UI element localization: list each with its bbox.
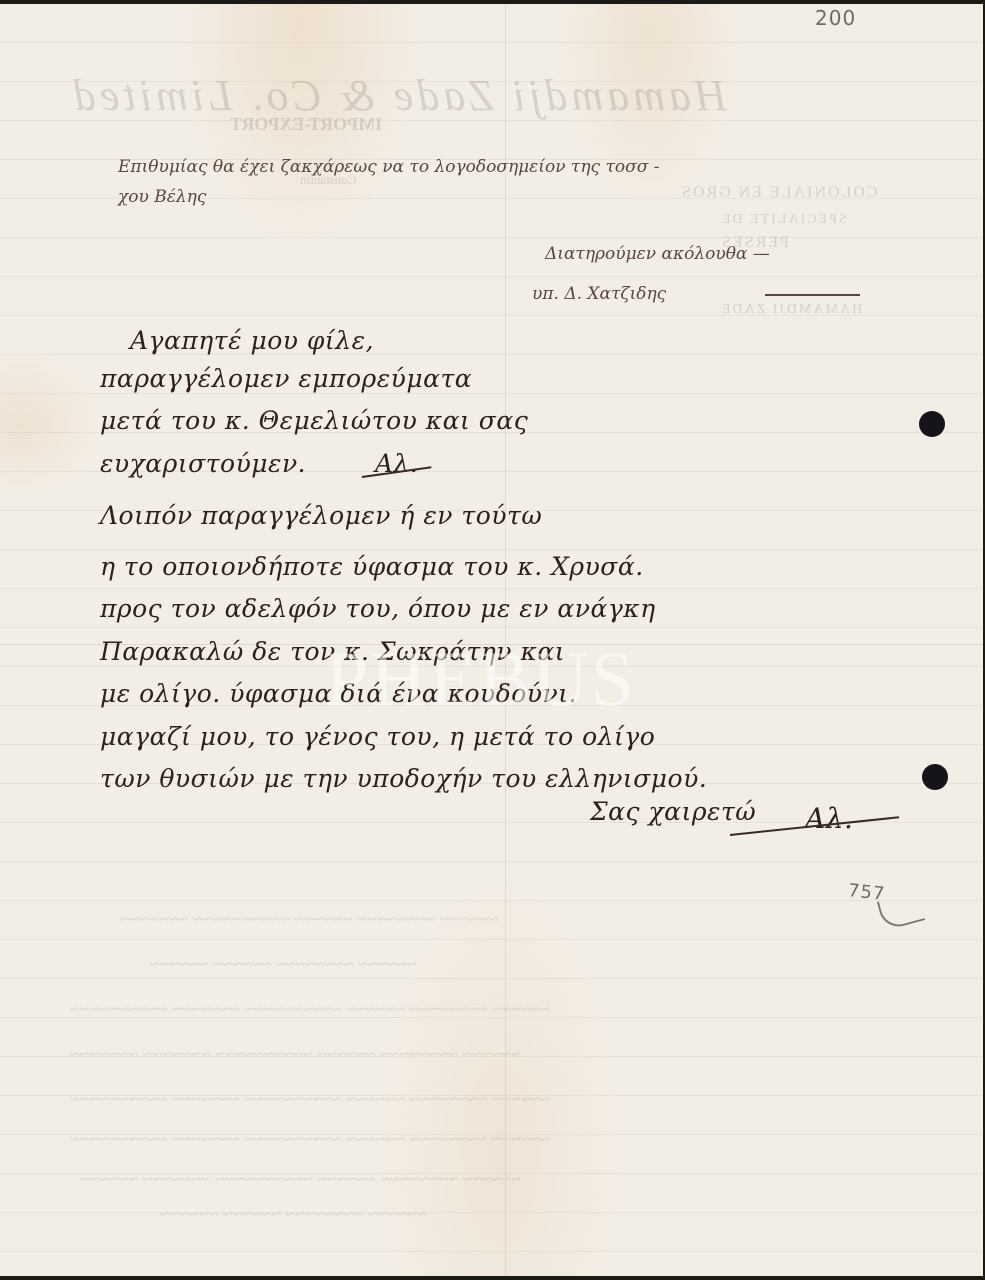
paragraph1-line-2: παραγγέλομεν εμπορεύματα: [100, 364, 472, 393]
reverse-writing: ~~~~~~ ~~~~~~~~ ~~~~~~ ~~~~~~: [160, 1204, 427, 1225]
letterhead-line-5: HAMAMDJI ZADE: [720, 302, 862, 318]
letterhead-script-name: Hamamdji Zade & Co. Limited: [70, 70, 727, 121]
header-signature: υπ. Δ. Χατζιδης: [532, 284, 666, 304]
header-closing: Διατηρούμεν ακόλουθα —: [545, 244, 770, 264]
letterhead-line-3: SPECIALITE DE: [720, 212, 847, 228]
reverse-writing: ~~~~~~ ~~~~~~~~ ~~~~~~ ~~~~~~~~~~ ~~~~~~…: [70, 1129, 550, 1150]
letterhead-line-1: IMPORT-EXPORT: [230, 114, 382, 135]
punch-hole: [922, 764, 948, 790]
signature-dash: [765, 294, 860, 296]
paragraph2-signature: Αλ.: [805, 802, 853, 835]
paragraph2-line-2: η το οποιονδήποτε ύφασμα του κ. Χρυσά.: [100, 552, 644, 581]
paragraph2-line-3: προς τον αδελφόν του, όπου με εν ανάγκη: [100, 594, 656, 623]
paragraph2-line-1: Λοιπόν παραγγέλομεν ή εν τούτω: [100, 501, 542, 530]
header-note-line-1: Επιθυμίας θα έχει ζακχάρεως να το λογοδο…: [118, 157, 659, 177]
reverse-writing: ~~~~~~ ~~~~~~~~ ~~~~~~ ~~~~~~: [150, 954, 417, 975]
letterhead-line-2: COLONIALE EN GROS: [680, 184, 878, 202]
paragraph1-line-1: Αγαπητέ μου φίλε,: [130, 326, 374, 355]
header-note-line-2: χου Βέλης: [118, 187, 206, 207]
paragraph2-closing: Σας χαιρετώ: [590, 797, 756, 826]
paragraph2-line-7: των θυσιών με την υποδοχήν του ελληνισμο…: [100, 764, 707, 793]
punch-hole: [919, 411, 945, 437]
letter-page: 200 757 Hamamdji Zade & Co. Limited IMPO…: [0, 4, 983, 1276]
reverse-writing: ~~~~~~ ~~~~~~~~ ~~~~~~ ~~~~~~~~~~ ~~~~~~…: [70, 1089, 550, 1110]
paragraph2-line-5: με ολίγο. ύφασμα διά ένα κουδούνι.: [100, 679, 577, 708]
reverse-writing: ~~~~~~ ~~~~~~~~ ~~~~~~ ~~~~~~~~~~ ~~~~~~…: [70, 1044, 521, 1065]
paragraph1-line-3: μετά του κ. Θεμελιώτου και σας: [100, 406, 528, 435]
reverse-writing: ~~~~~~ ~~~~~~~~ ~~~~~~ ~~~~~~~~~~ ~~~~~~…: [70, 999, 550, 1020]
archive-number-top: 200: [815, 6, 856, 30]
paragraph2-line-4: Παρακαλώ δε τον κ. Σωκράτην και: [100, 637, 565, 666]
paragraph2-line-6: μαγαζί μου, το γένος του, η μετά το ολίγ…: [100, 722, 655, 751]
reverse-writing: ~~~~~~ ~~~~~~~~ ~~~~~~ ~~~~~~~~~~ ~~~~~~…: [120, 909, 498, 930]
paragraph1-line-4: ευχαριστούμεν.: [100, 449, 306, 478]
reverse-writing: ~~~~~~ ~~~~~~~~ ~~~~~~ ~~~~~~~~~~ ~~~~~~…: [80, 1169, 521, 1190]
